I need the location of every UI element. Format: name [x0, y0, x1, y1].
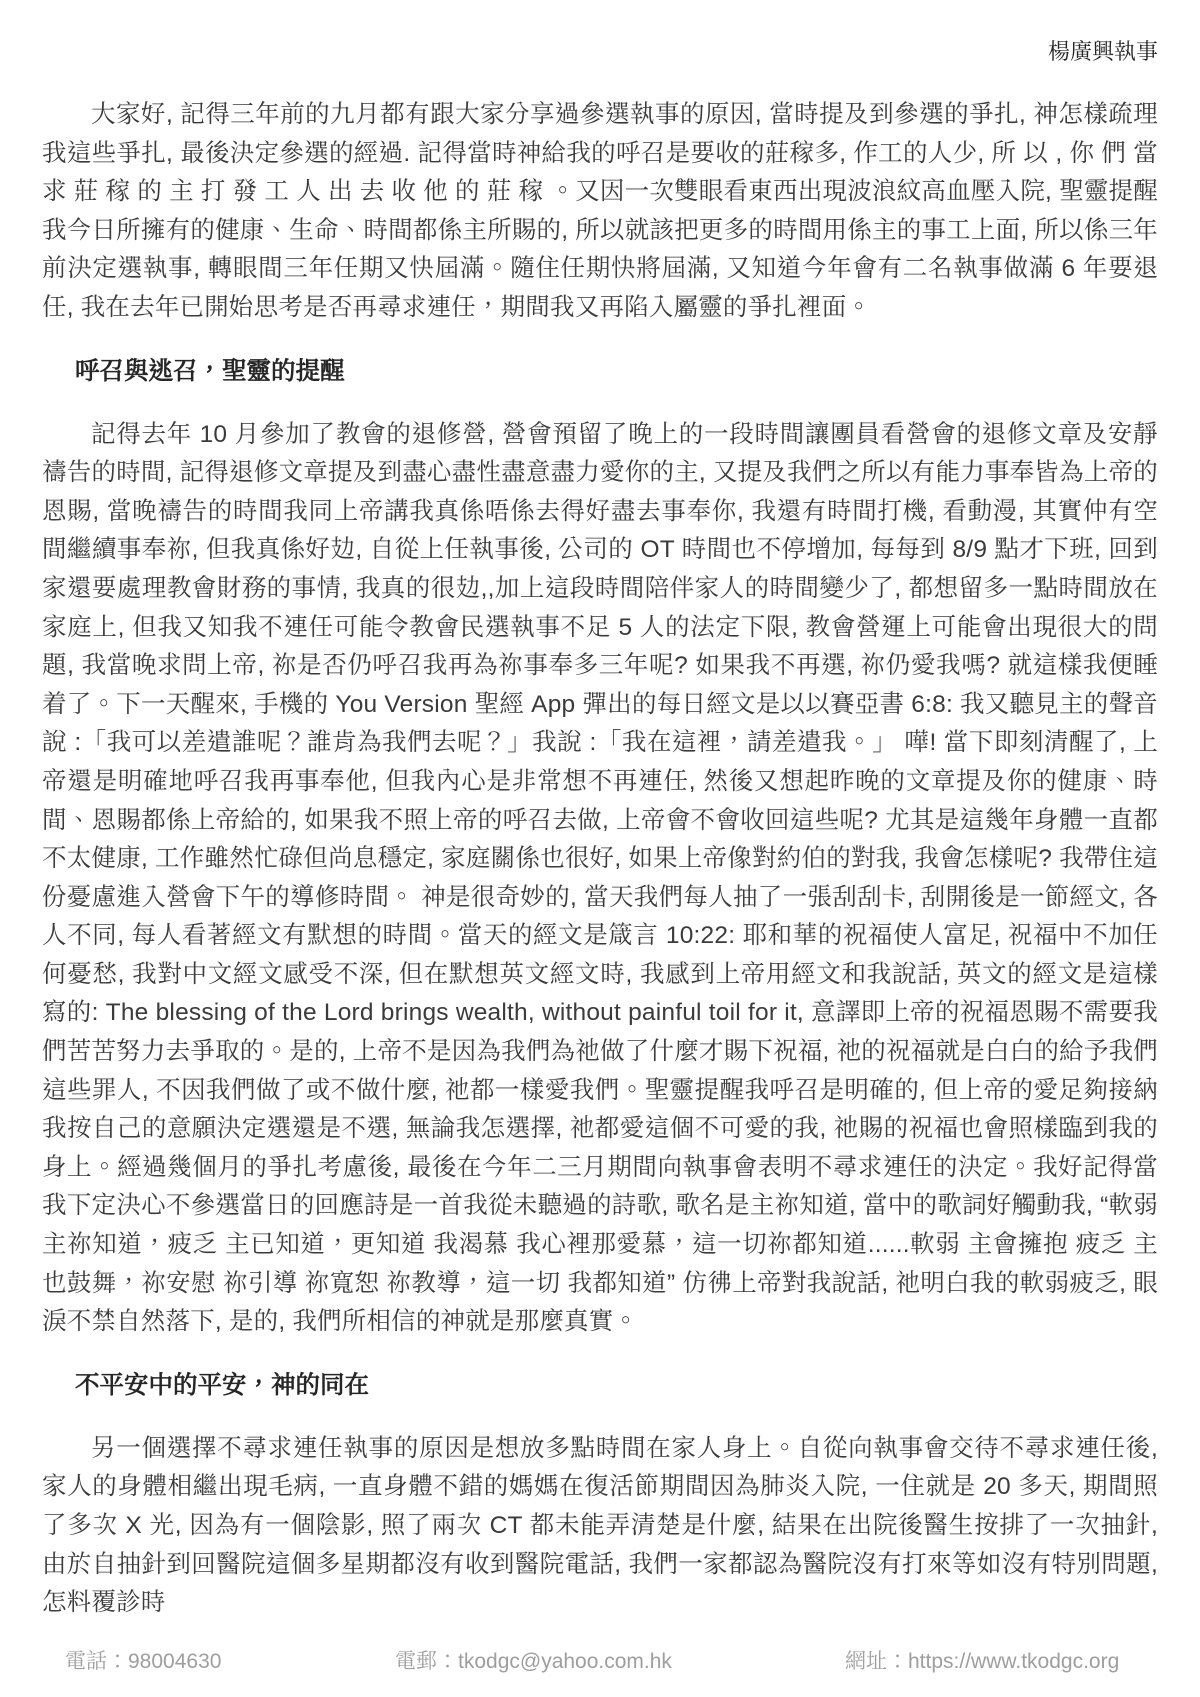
footer-website-label: 網址： [845, 1650, 908, 1673]
footer-website-value: https://www.tkodgc.org [908, 1650, 1119, 1673]
section-heading-calling: 呼召與逃召，聖靈的提醒 [75, 355, 1158, 389]
footer-phone-label: 電話： [65, 1650, 128, 1673]
footer-email-value: tkodgc@yahoo.com.hk [458, 1650, 672, 1673]
footer-website: 網址：https://www.tkodgc.org [845, 1645, 1160, 1675]
paragraph-retreat-testimony: 記得去年 10 月參加了教會的退修營, 營會預留了晚上的一段時間讓團員看營會的退… [42, 416, 1158, 1342]
footer-email-label: 電郵： [395, 1650, 458, 1673]
paragraph-intro: 大家好, 記得三年前的九月都有跟大家分享過參選執事的原因, 當時提及到參選的爭扎… [42, 96, 1158, 328]
page-footer: 電話：98004630 電郵：tkodgc@yahoo.com.hk 網址：ht… [65, 1645, 1160, 1675]
paragraph-family: 另一個選擇不尋求連任執事的原因是想放多點時間在家人身上。自從向執事會交待不尋求連… [42, 1430, 1158, 1623]
footer-phone-value: 98004630 [128, 1650, 221, 1673]
footer-phone: 電話：98004630 [65, 1645, 395, 1675]
footer-email: 電郵：tkodgc@yahoo.com.hk [395, 1645, 845, 1675]
section-heading-peace: 不平安中的平安，神的同在 [75, 1369, 1158, 1403]
document-page: 楊廣興執事 大家好, 記得三年前的九月都有跟大家分享過參選執事的原因, 當時提及… [0, 0, 1200, 1697]
author-byline: 楊廣興執事 [42, 38, 1158, 66]
